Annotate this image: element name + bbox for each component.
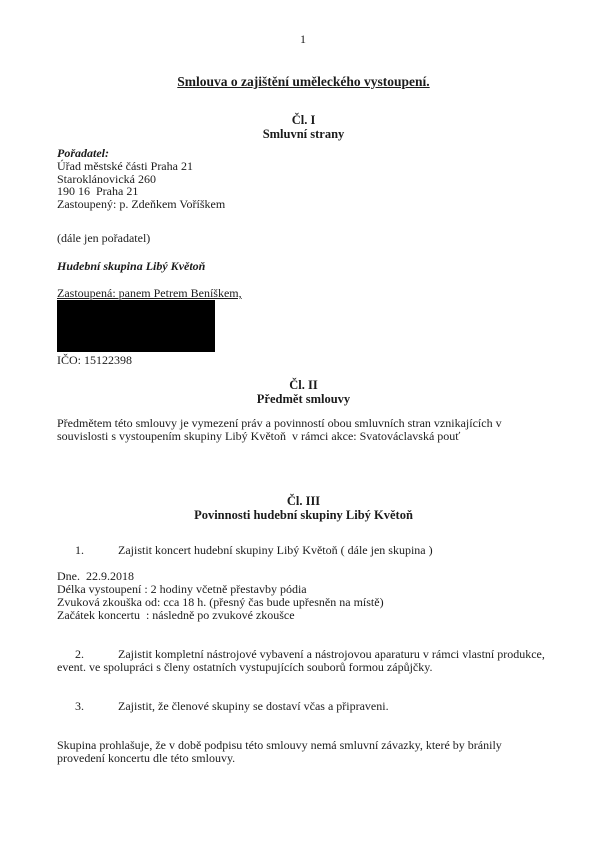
article-1-heading: Čl. I Smluvní strany — [57, 114, 550, 141]
obligation-item-1-number: 1. — [75, 544, 118, 557]
redacted-block — [57, 300, 215, 352]
concert-start: Začátek koncertu : následně po zvukové z… — [57, 609, 550, 622]
article-1-number: Čl. I — [57, 114, 550, 128]
obligation-item-3: 3.Zajistit, že členové skupiny se dostav… — [57, 687, 550, 726]
obligation-item-2-text: Zajistit kompletní nástrojové vybavení a… — [57, 647, 548, 674]
document-page: 1 Smlouva o zajištění uměleckého vystoup… — [0, 0, 595, 841]
article-2-number: Čl. II — [57, 379, 550, 393]
obligation-item-1-text: Zajistit koncert hudební skupiny Libý Kv… — [118, 543, 433, 557]
band-declaration: Skupina prohlašuje, že v době podpisu té… — [57, 739, 550, 765]
document-content: 1 Smlouva o zajištění uměleckého vystoup… — [57, 33, 550, 765]
page-number: 1 — [57, 33, 550, 46]
article-2-heading: Čl. II Předmět smlouvy — [57, 379, 550, 406]
document-title: Smlouva o zajištění uměleckého vystoupen… — [57, 75, 550, 88]
band-representative: Zastoupená: panem Petrem Beníškem, — [57, 287, 550, 300]
article-2-body: Předmětem této smlouvy je vymezení práv … — [57, 417, 550, 443]
article-1-subheading: Smluvní strany — [57, 128, 550, 142]
organizer-city: 190 16 Praha 21 — [57, 185, 550, 198]
article-3-heading: Čl. III Povinnosti hudební skupiny Libý … — [57, 495, 550, 522]
obligation-item-1: 1.Zajistit koncert hudební skupiny Libý … — [57, 531, 550, 570]
article-2-subheading: Předmět smlouvy — [57, 393, 550, 407]
obligation-item-3-number: 3. — [75, 700, 118, 713]
organizer-name: Úřad městské části Praha 21 — [57, 160, 550, 173]
organizer-alias: (dále jen pořadatel) — [57, 232, 550, 245]
article-3-number: Čl. III — [57, 495, 550, 509]
band-ico: IČO: 15122398 — [57, 354, 550, 367]
obligation-item-3-text: Zajistit, že členové skupiny se dostaví … — [118, 699, 389, 713]
band-name: Hudební skupina Libý Květoň — [57, 260, 550, 273]
article-3-subheading: Povinnosti hudební skupiny Libý Květoň — [57, 509, 550, 523]
obligation-item-2: 2.Zajistit kompletní nástrojové vybavení… — [57, 635, 550, 687]
organizer-representative: Zastoupený: p. Zdeňkem Voříškem — [57, 198, 550, 211]
